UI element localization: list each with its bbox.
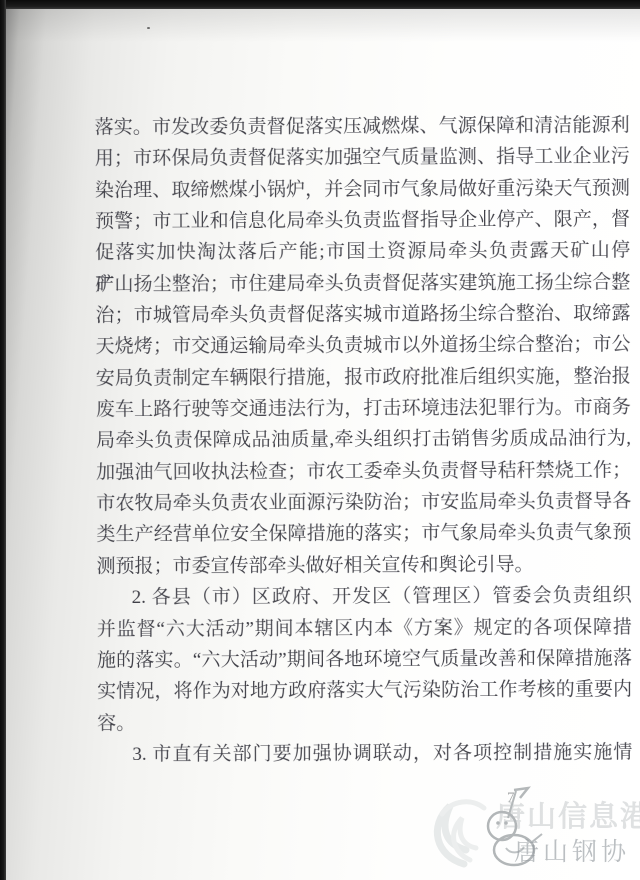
text-line: 废车上路行驶等交通违法行为，打击环境违法犯罪行为。市商务: [96, 392, 631, 426]
text-line: 预警；市工业和信息化局牵头负责监督指导企业停产、限产，督: [95, 204, 630, 238]
text-line: 局牵头负责保障成品油质量,牵头组织打击销售劣质成品油行为,: [96, 423, 631, 457]
text-line: 促落实加快淘汰落后产能;市国土资源局牵头负责露天矿山停产、: [95, 235, 630, 269]
text-line: 落实。市发改委负责督促落实压减燃煤、气源保障和清洁能源利: [95, 110, 630, 144]
text-line: 加强油气回收执法检查；市农工委牵头负责督导秸秆禁烧工作；: [96, 455, 631, 489]
text-block: 落实。市发改委负责督促落实压减燃煤、气源保障和清洁能源利用；市环保局负责督促落实…: [95, 110, 633, 771]
text-line: 矿山扬尘整治；市住建局牵头负责督促落实建筑施工扬尘综合整: [95, 267, 630, 301]
text-line: 用；市环保局负责督促落实加强空气质量监测、指导工业企业污: [95, 141, 630, 175]
page-number: 7: [507, 790, 515, 807]
text-line: 并监督“六大活动”期间本辖区内本《方案》规定的各项保障措: [97, 611, 632, 645]
text-line: 测预报；市委宣传部牵头做好相关宣传和舆论引导。: [96, 549, 631, 583]
text-line: 染治理、取缔燃煤小锅炉，并会同市气象局做好重污染天气预测: [95, 173, 630, 207]
text-line: 施的落实。“六大活动”期间各地环境空气质量改善和保障措施落: [97, 643, 632, 677]
scanned-document-page: { "scan": { "page_number": "7", "colors"…: [0, 0, 640, 880]
text-line: 安局负责制定车辆限行措施，报市政府批准后组织实施，整治报: [96, 361, 631, 395]
text-line: 类生产经营单位安全保障措施的落实；市气象局牵头负责气象预: [96, 517, 631, 551]
scanner-edge-top: [0, 0, 640, 9]
scanner-edge-left: [0, 0, 6, 880]
text-line: 2. 各县（市）区政府、开发区（管理区）管委会负责组织: [97, 580, 632, 614]
text-line: 天烧烤；市交通运输局牵头负责城市以外道扬尘综合整治；市公: [96, 329, 631, 363]
text-line: 容。: [97, 705, 632, 739]
text-line: 治；市城管局牵头负责督促落实城市道路扬尘综合整治、取缔露: [95, 298, 630, 332]
ink-speck: [147, 27, 150, 29]
text-line: 实情况，将作为对地方政府落实大气污染防治工作考核的重要内: [97, 674, 632, 708]
text-line: 3. 市直有关部门要加强协调联动，对各项控制措施实施情: [97, 737, 632, 771]
text-line: 市农牧局牵头负责农业面源污染防治；市安监局牵头负责督导各: [96, 486, 631, 520]
